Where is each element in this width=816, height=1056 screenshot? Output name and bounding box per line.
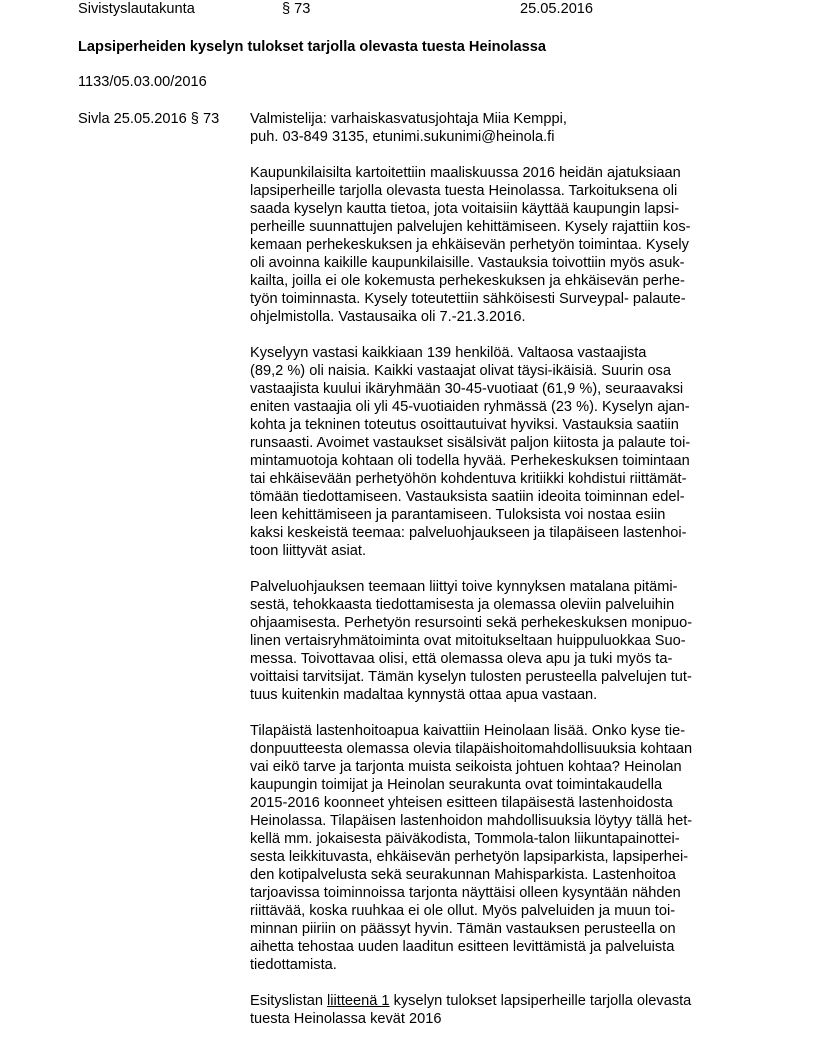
- text-line: aihetta tehostaa uuden laaditun esitteen…: [250, 938, 750, 956]
- text-line: mintamuotoja kohtaan oli todella hyvää. …: [250, 452, 750, 470]
- preparer-info: Valmistelija: varhaiskasvatusjohtaja Mii…: [250, 110, 750, 146]
- text-line: tai ehkäisevään perhetyöhön kohdentuva k…: [250, 470, 750, 488]
- text-line: eniten vastaajia oli yli 45-vuotiaiden r…: [250, 398, 750, 416]
- text-line: ohjelmistolla. Vastausaika oli 7.-21.3.2…: [250, 308, 750, 326]
- text-line: perheille suunnattujen palvelujen kehitt…: [250, 218, 750, 236]
- attachment-link[interactable]: liitteenä 1: [327, 993, 389, 1009]
- text-line: tiedottamista.: [250, 956, 750, 974]
- text-line: tömään tiedottamiseen. Vastauksista saat…: [250, 488, 750, 506]
- committee-name: Sivistyslautakunta: [78, 0, 195, 18]
- text-line: kemaan perhekeskuksen ja ehkäisevän perh…: [250, 236, 750, 254]
- text-line: saada kyselyn kautta tietoa, jota voitai…: [250, 200, 750, 218]
- meeting-date: 25.05.2016: [520, 0, 593, 18]
- text-line: linen vertaisryhmätoiminta ovat mitoituk…: [250, 632, 750, 650]
- attachment-note: Esityslistan liitteenä 1 kyselyn tulokse…: [250, 992, 750, 1028]
- text-line: 2015-2016 koonneet yhteisen esitteen til…: [250, 794, 750, 812]
- text-line: kohta ja tekninen toteutus osoittautuiva…: [250, 416, 750, 434]
- preparer-line: Valmistelija: varhaiskasvatusjohtaja Mii…: [250, 110, 750, 128]
- text-line: kailta, joilla ei ole kokemusta perhekes…: [250, 272, 750, 290]
- paragraph-temporary-childcare: Tilapäistä lastenhoitoapua kaivattiin He…: [250, 722, 750, 974]
- paragraph-survey-results: Kyselyyn vastasi kaikkiaan 139 henkilöä.…: [250, 344, 750, 560]
- meeting-reference: Sivla 25.05.2016 § 73: [78, 110, 219, 128]
- text-line: tuus kuitenkin madaltaa kynnystä ottaa a…: [250, 686, 750, 704]
- text-line: kaupungin toimijat ja Heinolan seurakunt…: [250, 776, 750, 794]
- text-line: sesta leikkituvasta, ehkäisevän perhetyö…: [250, 848, 750, 866]
- attachment-prefix: Esityslistan: [250, 993, 327, 1009]
- text-line: toon liittyvät asiat.: [250, 542, 750, 560]
- text-line: leen kehittämiseen ja parantamiseen. Tul…: [250, 506, 750, 524]
- text-line: oli avoinna kaikille kaupunkilaisille. V…: [250, 254, 750, 272]
- text-line: (89,2 %) oli naisia. Kaikki vastaajat ol…: [250, 362, 750, 380]
- text-line: ohjaamisesta. Perhetyön resursointi sekä…: [250, 614, 750, 632]
- paragraph-service-guidance: Palveluohjauksen teemaan liittyi toive k…: [250, 578, 750, 704]
- attachment-line-2: tuesta Heinolassa kevät 2016: [250, 1010, 750, 1028]
- text-line: työn toiminnasta. Kysely toteutettiin sä…: [250, 290, 750, 308]
- text-line: Kyselyyn vastasi kaikkiaan 139 henkilöä.…: [250, 344, 750, 362]
- text-line: tarjoavissa toiminnoissa tarjonta näyttä…: [250, 884, 750, 902]
- text-line: sestä, tehokkaasta tiedottamisesta ja ol…: [250, 596, 750, 614]
- text-line: runsaasti. Avoimet vastaukset sisälsivät…: [250, 434, 750, 452]
- preparer-contact-line: puh. 03-849 3135, etunimi.sukunimi@heino…: [250, 128, 750, 146]
- text-line: vastaajista kuului ikäryhmään 30-45-vuot…: [250, 380, 750, 398]
- attachment-line: Esityslistan liitteenä 1 kyselyn tulokse…: [250, 992, 750, 1010]
- paragraph-survey-intro: Kaupunkilaisilta kartoitettiin maaliskuu…: [250, 164, 750, 326]
- text-line: messa. Toivottavaa olisi, että olemassa …: [250, 650, 750, 668]
- text-line: Palveluohjauksen teemaan liittyi toive k…: [250, 578, 750, 596]
- text-line: lapsiperheille tarjolla olevasta tuesta …: [250, 182, 750, 200]
- section-number: § 73: [282, 0, 310, 18]
- text-line: kellä mm. jokaisesta päiväkodista, Tommo…: [250, 830, 750, 848]
- text-line: vai eikö tarve ja tarjonta muista seikoi…: [250, 758, 750, 776]
- text-line: riittävää, koska ruuhkaa ei ole ollut. M…: [250, 902, 750, 920]
- text-line: den kotipalvelusta sekä seurakunnan Mahi…: [250, 866, 750, 884]
- text-line: voittaisi tarvitsijat. Tämän kyselyn tul…: [250, 668, 750, 686]
- text-line: Heinolassa. Tilapäisen lastenhoidon mahd…: [250, 812, 750, 830]
- text-line: Tilapäistä lastenhoitoapua kaivattiin He…: [250, 722, 750, 740]
- document-title: Lapsiperheiden kyselyn tulokset tarjolla…: [78, 38, 546, 56]
- text-line: kaksi keskeistä teemaa: palveluohjauksee…: [250, 524, 750, 542]
- text-line: minnan piiriin on päässyt hyvin. Tämän v…: [250, 920, 750, 938]
- attachment-suffix: kyselyn tulokset lapsiperheille tarjolla…: [390, 993, 692, 1009]
- text-line: Kaupunkilaisilta kartoitettiin maaliskuu…: [250, 164, 750, 182]
- document-body: Valmistelija: varhaiskasvatusjohtaja Mii…: [250, 110, 750, 1046]
- text-line: donpuutteesta olemassa olevia tilapäisho…: [250, 740, 750, 758]
- document-number: 1133/05.03.00/2016: [78, 73, 207, 91]
